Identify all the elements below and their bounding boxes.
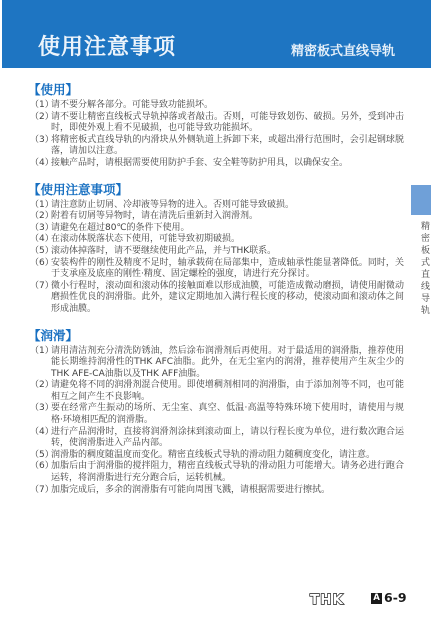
item-number: （4） [30,427,51,450]
list-item: （2） 附着有切屑等异物时，请在清洗后重新封入润滑剂。 [30,211,404,223]
item-text: 安装构件的刚性及精度不足时，轴承载荷在局部集中，造成轴承性能显著降低。同时，关于… [51,258,404,281]
item-text: 请避免在超过80℃的条件下使用。 [51,223,404,235]
item-number: （6） [30,258,51,281]
list-item: （3） 请避免在超过80℃的条件下使用。 [30,223,404,235]
list-item: （2） 请不要让精密直线板式导轨掉落或者敲击。否则，可能导致划伤、破损。另外，受… [30,112,404,135]
item-text: 将精密板式直线导轨的内滑块从外侧轨道上拆卸下来，或超出滑行范围时，会引起钢球脱落… [51,135,404,158]
item-number: （1） [30,200,51,212]
section: 【使用注意事项】 （1） 请注意防止切屑、冷却液等异物的进入。否则可能导致破损。… [30,182,404,316]
item-number: （3） [30,223,51,235]
section-badge: A [371,593,382,604]
item-number: （7） [30,281,51,316]
list-item: （7） 微小行程时，滚动面和滚动体的接触面难以形成油膜，可能造成微动磨损，请使用… [30,281,404,316]
list-item: （2） 请避免将不同的润滑剂混合使用。即使增稠剂相同的润滑脂，由于添加剂等不同，… [30,380,404,403]
item-number: （2） [30,211,51,223]
section-heading: 【使用】 [28,82,404,97]
page-number-group: A 6-9 [371,592,407,605]
section-items: （1） 请不要分解各部分。可能导致功能损坏。 （2） 请不要让精密直线板式导轨掉… [30,100,404,170]
section-heading: 【使用注意事项】 [28,182,404,197]
item-number: （3） [30,403,51,426]
list-item: （4） 进行产品润滑时，直接将润滑剂涂抹到滚动面上，请以行程长度为单位，进行数次… [30,427,404,450]
item-number: （3） [30,135,51,158]
list-item: （1） 请不要分解各部分。可能导致功能损坏。 [30,100,404,112]
list-item: （5） 润滑脂的稠度随温度而变化。精密直线板式导轨的滑动阻力随稠度变化，请注意。 [30,450,404,462]
item-text: 滚动体掉落时，请不要继续使用此产品，并与THK联系。 [51,246,404,258]
item-text: 加脂后由于润滑脂的搅拌阻力，精密直线板式导轨的滑动阻力可能增大。请务必进行跑合运… [51,461,404,484]
item-text: 请避免将不同的润滑剂混合使用。即使增稠剂相同的润滑脂，由于添加剂等不同，也可能相… [51,380,404,403]
list-item: （6） 加脂后由于润滑脂的搅拌阻力，精密直线板式导轨的滑动阻力可能增大。请务必进… [30,461,404,484]
item-text: 加脂完成后，多余的润滑脂有可能向周围飞溅，请根据需要进行擦拭。 [51,485,404,497]
item-number: （5） [30,246,51,258]
item-text: 请用清洁剂充分清洗防锈油，然后涂布润滑剂后再使用。对于最适用的润滑脂，推荐使用能… [51,346,404,381]
side-tab-marker [411,185,431,215]
section: 【润滑】 （1） 请用清洁剂充分清洗防锈油，然后涂布润滑剂后再使用。对于最适用的… [30,328,404,497]
item-number: （6） [30,461,51,484]
item-number: （2） [30,380,51,403]
list-item: （6） 安装构件的刚性及精度不足时，轴承载荷在局部集中，造成轴承性能显著降低。同… [30,258,404,281]
list-item: （7） 加脂完成后，多余的润滑脂有可能向周围飞溅，请根据需要进行擦拭。 [30,485,404,497]
catalog-page: 使用注意事项 精密板式直线导轨 【使用】 （1） 请不要分解各部分。可能导致功能… [0,0,437,620]
content-area: 【使用】 （1） 请不要分解各部分。可能导致功能损坏。 （2） 请不要让精密直线… [30,78,404,496]
list-item: （1） 请用清洁剂充分清洗防锈油，然后涂布润滑剂后再使用。对于最适用的润滑脂，推… [30,346,404,381]
item-text: 微小行程时，滚动面和滚动体的接触面难以形成油膜，可能造成微动磨损，请使用耐微动磨… [51,281,404,316]
page-number: 6-9 [384,592,407,605]
item-number: （4） [30,158,51,170]
item-text: 在滚动体脱落状态下使用，可能导致初期破损。 [51,234,404,246]
header-product-name: 精密板式直线导轨 [291,45,395,59]
item-text: 润滑脂的稠度随温度而变化。精密直线板式导轨的滑动阻力随稠度变化，请注意。 [51,450,404,462]
list-item: （4） 在滚动体脱落状态下使用，可能导致初期破损。 [30,234,404,246]
section-items: （1） 请用清洁剂充分清洗防锈油，然后涂布润滑剂后再使用。对于最适用的润滑脂，推… [30,346,404,497]
list-item: （5） 滚动体掉落时，请不要继续使用此产品，并与THK联系。 [30,246,404,258]
item-number: （7） [30,485,51,497]
section: 【使用】 （1） 请不要分解各部分。可能导致功能损坏。 （2） 请不要让精密直线… [30,82,404,170]
section-items: （1） 请注意防止切屑、冷却液等异物的进入。否则可能导致破损。 （2） 附着有切… [30,200,404,316]
page-title: 使用注意事项 [38,37,176,59]
item-text: 接触产品时，请根据需要使用防护手套、安全鞋等防护用具，以确保安全。 [51,158,404,170]
section-heading: 【润滑】 [28,328,404,343]
thk-logo-icon: THK [304,591,350,607]
item-text: 附着有切屑等异物时，请在清洗后重新封入润滑剂。 [51,211,404,223]
list-item: （4） 接触产品时，请根据需要使用防护手套、安全鞋等防护用具，以确保安全。 [30,158,404,170]
item-text: 进行产品润滑时，直接将润滑剂涂抹到滚动面上，请以行程长度为单位，进行数次跑合运转… [51,427,404,450]
item-number: （5） [30,450,51,462]
list-item: （1） 请注意防止切屑、冷却液等异物的进入。否则可能导致破损。 [30,200,404,212]
item-text: 请不要分解各部分。可能导致功能损坏。 [51,100,404,112]
item-text: 要在经常产生振动的场所、无尘室、真空、低温·高温等特殊环境下使用时，请使用与规格… [51,403,404,426]
page-header: 使用注意事项 精密板式直线导轨 [2,0,431,68]
item-number: （1） [30,346,51,381]
list-item: （3） 要在经常产生振动的场所、无尘室、真空、低温·高温等特殊环境下使用时，请使… [30,403,404,426]
item-text: 请不要让精密直线板式导轨掉落或者敲击。否则，可能导致划伤、破损。另外，受到冲击时… [51,112,404,135]
item-number: （1） [30,100,51,112]
thk-logo: THK [304,591,350,611]
svg-text:THK: THK [310,592,344,607]
item-number: （2） [30,112,51,135]
side-tab-label: 精密板式直线导轨 [410,221,431,351]
list-item: （3） 将精密板式直线导轨的内滑块从外侧轨道上拆卸下来，或超出滑行范围时，会引起… [30,135,404,158]
item-number: （4） [30,234,51,246]
item-text: 请注意防止切屑、冷却液等异物的进入。否则可能导致破损。 [51,200,404,212]
